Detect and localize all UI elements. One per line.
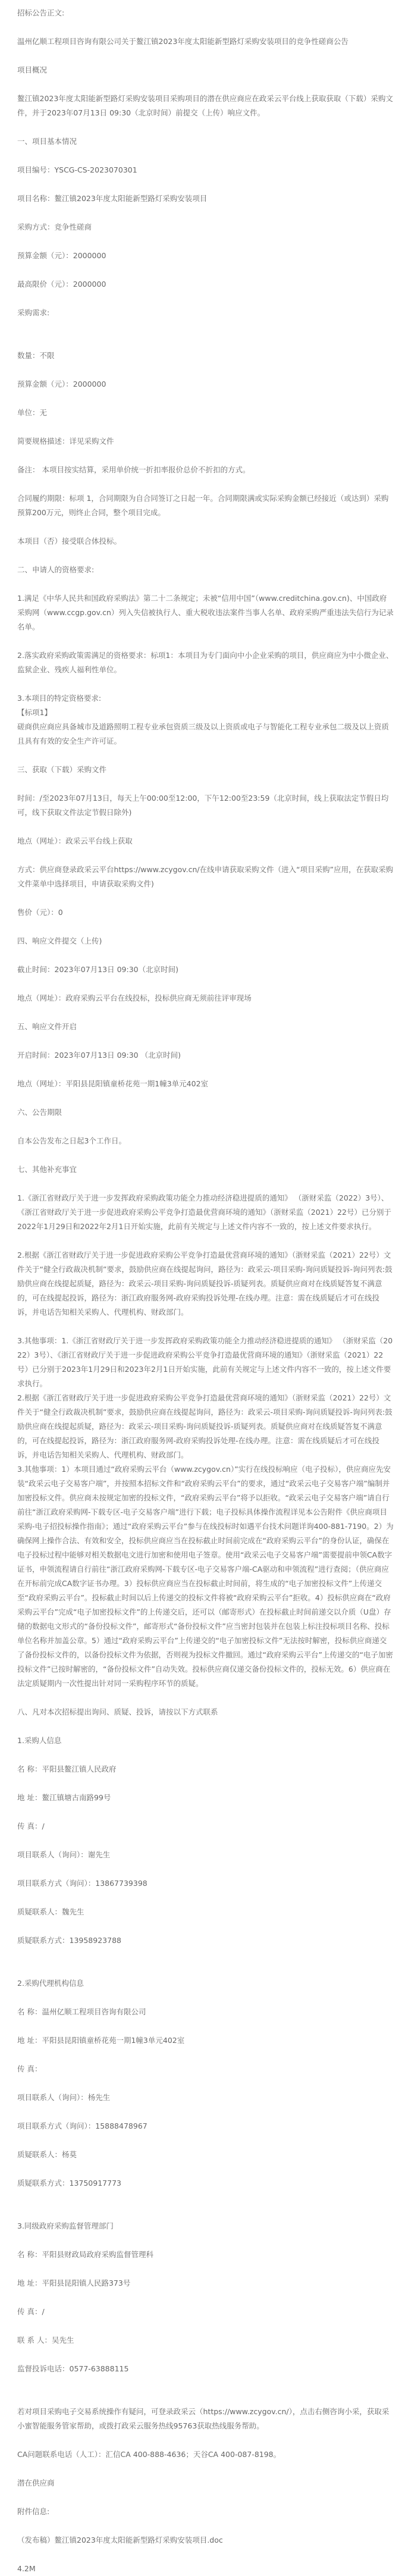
announcement-title: 温州亿顺工程项目咨询有限公司关于鳌江镇2023年度太阳能新型路灯采购安装项目的竞… [17, 35, 394, 49]
supplement-item-3c: 3.其他事项：1）本项目通过“政府采购云平台（www.zcygov.cn）”实行… [17, 1462, 394, 1691]
agency-name: 名 称：温州亿顺工程项目咨询有限公司 [17, 2005, 394, 2019]
supervisor-heading: 3.同级政府采购监督管理部门 [17, 2219, 394, 2233]
announcement-period: 自本公告发布之日起3个工作日。 [17, 1134, 394, 1148]
supplement-item-3a: 3.其他事项：1.《浙江省财政厅关于进一步发挥政府采购政策功能全力推动经济稳进提… [17, 1334, 394, 1391]
agency-address: 地 址：平阳县昆阳镇童桥花苑一期1幢3单元402室 [17, 2033, 394, 2048]
section-1-heading: 一、项目基本情况 [17, 134, 394, 149]
purchaser-question-phone: 质疑联系方式：13958923788 [17, 1933, 394, 1948]
submission-deadline: 截止时间：2023年07月13日 09:30（北京时间) [17, 963, 394, 977]
section-6-heading: 六、公告期限 [17, 1105, 394, 1120]
supervisor-name: 名 称：平阳县财政局政府采购监督管理科 [17, 2248, 394, 2262]
agency-question-contact: 质疑联系人：杨莫 [17, 2148, 394, 2162]
consortium-note: 本项目（否）接受联合体投标。 [17, 534, 394, 549]
agency-fax: 传 真： [17, 2062, 394, 2076]
purchaser-address: 地 址：鳌江镇塘古南路99号 [17, 1791, 394, 1805]
supervisor-phone: 监督投诉电话：0577-63888115 [17, 2362, 394, 2376]
section-7-heading: 七、其他补充事宜 [17, 1162, 394, 1177]
agency-phone: 项目联系方式（询问）：15888478967 [17, 2119, 394, 2133]
max-price: 最高限价（元）：2000000 [17, 277, 394, 292]
agency-heading: 2.采购代理机构信息 [17, 1976, 394, 1991]
demand-budget: 预算金额（元）：2000000 [17, 377, 394, 391]
attachment-link[interactable]: （发布稿）鳌江镇2023年度太阳能新型路灯采购安装项目.doc [17, 2533, 394, 2547]
spacer [17, 334, 394, 349]
budget-amount: 预算金额（元）：2000000 [17, 249, 394, 263]
supplement-item-1: 1.《浙江省财政厅关于进一步发挥政府采购政策功能全力推动经济稳进提质的通知》 （… [17, 1191, 394, 1234]
purchaser-name: 名 称：平阳县鳌江镇人民政府 [17, 1762, 394, 1776]
help-text: 若对项目采购电子交易系统操作有疑问，可登录政采云（https://www.zcy… [17, 2405, 394, 2433]
overview-heading: 项目概况 [17, 63, 394, 77]
spacer [17, 2205, 394, 2219]
quantity: 数量：不限 [17, 349, 394, 363]
spec-description: 简要规格描述：详见采购文件 [17, 434, 394, 449]
spacer [17, 2390, 394, 2405]
project-name: 项目名称：鳌江镇2023年度太阳能新型路灯采购安装项目 [17, 192, 394, 206]
contract-period: 合同履约期限：标项 1，合同期限为自合同签订之日起一年。合同期限满或实际采购金额… [17, 491, 394, 520]
requirement-2: 2.落实政府采购政策需满足的资格要求：标项1：本项目为专门面向中小企业采购的项目… [17, 648, 394, 677]
agency-contact: 项目联系人（询问）：杨先生 [17, 2091, 394, 2105]
section-4-heading: 四、响应文件提交（上传) [17, 934, 394, 948]
demand-label: 采购需求: [17, 306, 394, 320]
purchaser-fax: 传 真：/ [17, 1819, 394, 1834]
requirement-3-label: 3.本项目的特定资格要求: [17, 691, 394, 706]
submission-place: 地点（网址）：政府采购云平台在线投标，投标供应商无须前往评审现场 [17, 991, 394, 1005]
supplement-item-3b: 2.根据《浙江省财政厅关于进一步促进政府采购公平竞争打造最优营商环境的通知》（浙… [17, 1391, 394, 1462]
section-3-heading: 三、获取（下载）采购文件 [17, 763, 394, 777]
spacer [17, 1962, 394, 1976]
purchaser-heading: 1.采购人信息 [17, 1734, 394, 1748]
ca-contact: CA问题联系电话（人工）：汇信CA 400-888-4636；天谷CA 400-… [17, 2447, 394, 2462]
unit: 单位：无 [17, 406, 394, 420]
procurement-method: 采购方式：竞争性磋商 [17, 220, 394, 234]
section-5-heading: 五、响应文件开启 [17, 1020, 394, 1034]
announcement-document: 招标公告正文: 温州亿顺工程项目咨询有限公司关于鳌江镇2023年度太阳能新型路灯… [0, 0, 402, 2576]
overview-text: 鳌江镇2023年度太阳能新型路灯采购安装项目采购项目的潜在供应商应在政采云平台线… [17, 92, 394, 120]
attachments-label: 附件信息: [17, 2505, 394, 2519]
agency-question-phone: 质疑联系方式：13750917773 [17, 2176, 394, 2190]
supervisor-address: 地 址：平阳县昆阳镇人民路373号 [17, 2276, 394, 2290]
download-time: 时间：/至2023年07月13日，每天上午00:00至12:00，下午12:00… [17, 791, 394, 820]
section-2-heading: 二、申请人的资格要求: [17, 563, 394, 577]
supplement-item-2: 2.根据《浙江省财政厅关于进一步促进政府采购公平竞争打造最优营商环境的通知》（浙… [17, 1248, 394, 1320]
download-method: 方式：供应商登录政采云平台https://www.zcygov.cn/在线申请获… [17, 863, 394, 891]
requirement-3-text: 磋商供应商应具备城市及道路照明工程专业承包资质三级及以上资质或电子与智能化工程专… [17, 720, 394, 748]
opening-time: 开启时间：2023年07月13日 09:30 （北京时间) [17, 1048, 394, 1063]
download-place: 地点（网址）：政采云平台线上获取 [17, 834, 394, 848]
purchaser-question-contact: 质疑联系人：魏先生 [17, 1905, 394, 1919]
requirement-1: 1.满足《中华人民共和国政府采购法》第二十二条规定；未被“信用中国”（www.c… [17, 591, 394, 634]
purchaser-contact: 项目联系人（询问）：谢先生 [17, 1848, 394, 1862]
announcement-header: 招标公告正文: [17, 6, 394, 20]
project-number: 项目编号：YSCG-CS-2023070301 [17, 163, 394, 177]
attachment-size: 4.2M [17, 2562, 394, 2576]
section-8-heading: 八、凡对本次招标提出询问、质疑、投诉，请按以下方式联系 [17, 1705, 394, 1719]
supervisor-contact: 联 系 人：吴先生 [17, 2333, 394, 2348]
opening-place: 地点（网址）：平阳县昆阳镇童桥花苑一期1幢3单元402室 [17, 1077, 394, 1091]
purchaser-phone: 项目联系方式（询问）：13867739398 [17, 1876, 394, 1891]
requirement-3-lot: 【标项1】 [17, 706, 394, 720]
document-price: 售价（元）：0 [17, 905, 394, 920]
remark: 备注： 本项目按实结算，采用单价统一折扣率报价总价不折扣的方式。 [17, 463, 394, 477]
supervisor-fax: 传 真：/ [17, 2305, 394, 2319]
potential-suppliers: 潜在供应商 [17, 2476, 394, 2490]
